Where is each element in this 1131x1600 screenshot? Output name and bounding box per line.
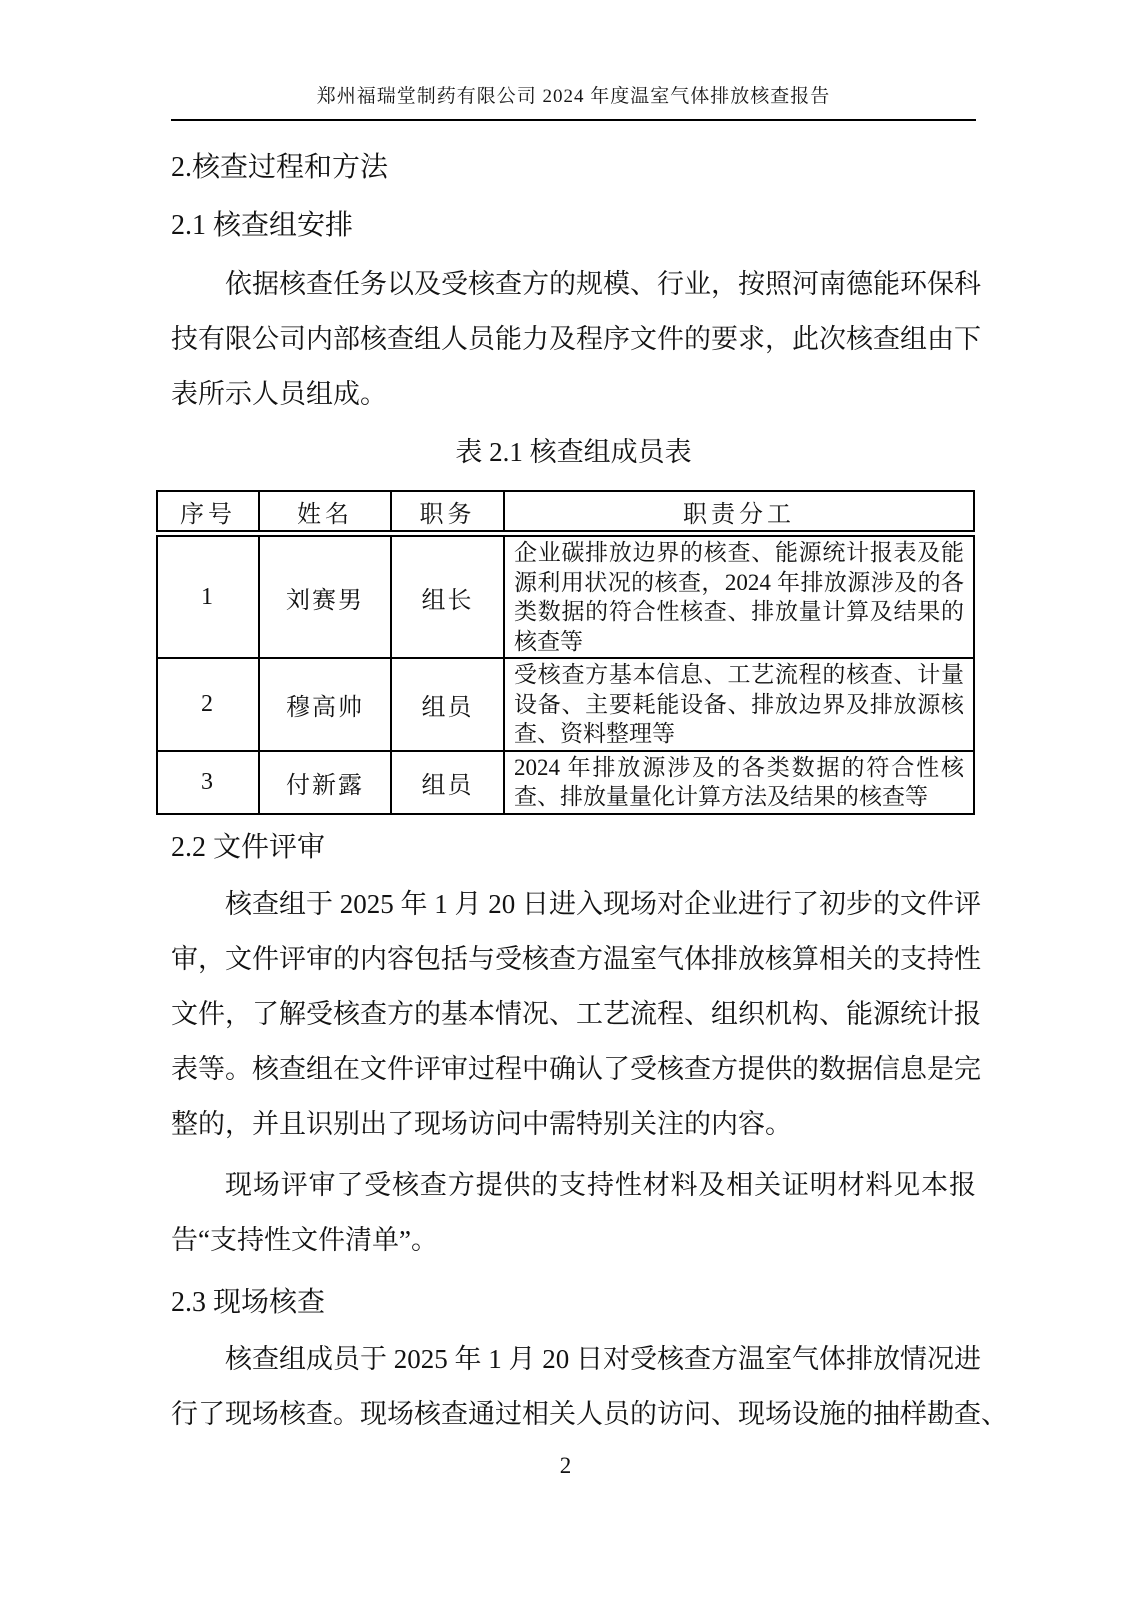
cell-name: 付新露 [259, 751, 391, 814]
paragraph-line: 技有限公司内部核查组人员能力及程序文件的要求，此次核查组由下 [171, 312, 976, 367]
col-header-name: 姓名 [259, 491, 391, 534]
paragraph-line: 告“支持性文件清单”。 [171, 1213, 976, 1268]
table-row: 1 刘赛男 组长 企业碳排放边界的核查、能源统计报表及能源利用状况的核查，202… [157, 534, 974, 659]
cell-role: 组长 [391, 534, 504, 659]
page-header: 郑州福瑞堂制药有限公司 2024 年度温室气体排放核查报告 [171, 84, 976, 121]
para-2-2-a: 核查组于 2025 年 1 月 20 日进入现场对企业进行了初步的文件评 审，文… [171, 877, 976, 1152]
heading-2: 2.核查过程和方法 [171, 151, 976, 185]
para-2-1: 依据核查任务以及受核查方的规模、行业，按照河南德能环保科 技有限公司内部核查组人… [171, 257, 976, 422]
paragraph-line: 核查组于 2025 年 1 月 20 日进入现场对企业进行了初步的文件评 [171, 877, 976, 932]
document-page: 郑州福瑞堂制药有限公司 2024 年度温室气体排放核查报告 2.核查过程和方法 … [0, 0, 1131, 1600]
col-header-index: 序号 [157, 491, 259, 534]
cell-index: 2 [157, 658, 259, 751]
paragraph-line: 现场评审了受核查方提供的支持性材料及相关证明材料见本报 [171, 1158, 976, 1213]
cell-duty: 受核查方基本信息、工艺流程的核查、计量设备、主要耗能设备、排放边界及排放源核查、… [504, 658, 974, 751]
table-2-1-caption: 表 2.1 核查组成员表 [171, 432, 976, 472]
para-2-2-b: 现场评审了受核查方提供的支持性材料及相关证明材料见本报 告“支持性文件清单”。 [171, 1158, 976, 1268]
cell-index: 1 [157, 534, 259, 659]
table-header-row: 序号 姓名 职务 职责分工 [157, 491, 974, 534]
paragraph-line: 依据核查任务以及受核查方的规模、行业，按照河南德能环保科 [171, 257, 976, 312]
paragraph-line: 表所示人员组成。 [171, 367, 976, 422]
para-2-3: 核查组成员于 2025 年 1 月 20 日对受核查方温室气体排放情况进 行了现… [171, 1332, 976, 1442]
page-header-title: 郑州福瑞堂制药有限公司 2024 年度温室气体排放核查报告 [171, 84, 976, 110]
col-header-duty: 职责分工 [504, 491, 974, 534]
cell-role: 组员 [391, 658, 504, 751]
cell-name: 刘赛男 [259, 534, 391, 659]
paragraph-line: 整的，并且识别出了现场访问中需特别关注的内容。 [171, 1097, 976, 1152]
cell-index: 3 [157, 751, 259, 814]
cell-name: 穆高帅 [259, 658, 391, 751]
cell-duty: 企业碳排放边界的核查、能源统计报表及能源利用状况的核查，2024 年排放源涉及的… [504, 534, 974, 659]
col-header-role: 职务 [391, 491, 504, 534]
paragraph-line: 审，文件评审的内容包括与受核查方温室气体排放核算相关的支持性 [171, 932, 976, 987]
heading-2-3: 2.3 现场核查 [171, 1286, 976, 1320]
members-table: 序号 姓名 职务 职责分工 1 刘赛男 组长 企业碳排放边界的核查、能源统计报表… [156, 490, 975, 815]
page-header-rule [171, 119, 976, 121]
cell-role: 组员 [391, 751, 504, 814]
paragraph-line: 表等。核查组在文件评审过程中确认了受核查方提供的数据信息是完 [171, 1042, 976, 1097]
heading-2-1: 2.1 核查组安排 [171, 209, 976, 243]
paragraph-line: 文件，了解受核查方的基本情况、工艺流程、组织机构、能源统计报 [171, 987, 976, 1042]
table-row: 2 穆高帅 组员 受核查方基本信息、工艺流程的核查、计量设备、主要耗能设备、排放… [157, 658, 974, 751]
paragraph-line: 核查组成员于 2025 年 1 月 20 日对受核查方温室气体排放情况进 [171, 1332, 976, 1387]
paragraph-line: 行了现场核查。现场核查通过相关人员的访问、现场设施的抽样勘查、 [171, 1387, 976, 1442]
cell-duty: 2024 年排放源涉及的各类数据的符合性核查、排放量量化计算方法及结果的核查等 [504, 751, 974, 814]
heading-2-2: 2.2 文件评审 [171, 831, 976, 865]
table-row: 3 付新露 组员 2024 年排放源涉及的各类数据的符合性核查、排放量量化计算方… [157, 751, 974, 814]
page-number: 2 [0, 1453, 1131, 1479]
